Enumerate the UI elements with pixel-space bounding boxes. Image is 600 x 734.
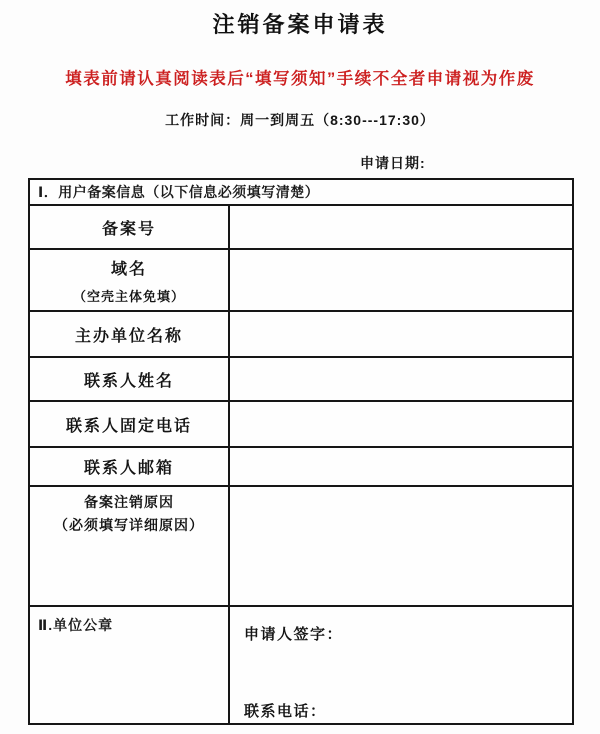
table-row: 联系人邮箱 <box>29 447 573 486</box>
contact-landline-label: 联系人固定电话 <box>29 401 229 447</box>
filing-number-input-cell[interactable] <box>229 205 573 249</box>
row-sublabel: （必须填写详细原因） <box>30 515 228 535</box>
row-label: 联系人邮箱 <box>84 460 174 477</box>
section1-header-row: Ⅰ．用户备案信息（以下信息必须填写清楚） <box>29 179 573 205</box>
row-sublabel: （空壳主体免填） <box>30 286 228 305</box>
table-row: 备案号 <box>29 205 573 249</box>
cancellation-filing-form-page: 注销备案申请表 填表前请认真阅读表后“填写须知”手续不全者申请视为作废 工作时间… <box>0 0 600 734</box>
warning-notice: 填表前请认真阅读表后“填写须知”手续不全者申请视为作废 <box>0 65 600 89</box>
contact-name-input-cell[interactable] <box>229 357 573 401</box>
contact-landline-input-cell[interactable] <box>229 401 573 447</box>
contact-email-input-cell[interactable] <box>229 447 573 486</box>
section2-row: Ⅱ.单位公章 申请人签字： 联系电话： <box>29 606 573 724</box>
signature-phone-cell[interactable]: 申请人签字： 联系电话： <box>229 606 573 724</box>
contact-name-label: 联系人姓名 <box>29 357 229 401</box>
domain-name-label: 域名 （空壳主体免填） <box>29 249 229 311</box>
organizer-name-label: 主办单位名称 <box>29 311 229 357</box>
applicant-signature-label: 申请人签字： <box>244 623 572 644</box>
table-row: 主办单位名称 <box>29 311 573 357</box>
row-label: 备案注销原因 <box>84 494 174 510</box>
cancellation-reason-input-cell[interactable] <box>229 486 573 606</box>
filing-info-table: Ⅰ．用户备案信息（以下信息必须填写清楚） 备案号 域名 （空壳主体免填） 主办单… <box>28 178 574 725</box>
contact-email-label: 联系人邮箱 <box>29 447 229 486</box>
organizer-name-input-cell[interactable] <box>229 311 573 357</box>
domain-name-input-cell[interactable] <box>229 249 573 311</box>
form-title: 注销备案申请表 <box>0 0 600 39</box>
table-row: 域名 （空壳主体免填） <box>29 249 573 311</box>
unit-seal-area[interactable]: Ⅱ.单位公章 <box>29 606 229 724</box>
table-row: 联系人固定电话 <box>29 401 573 447</box>
row-label: 域名 <box>111 261 147 278</box>
filing-number-label: 备案号 <box>29 205 229 249</box>
table-row: 备案注销原因 （必须填写详细原因） <box>29 486 573 606</box>
apply-date-label: 申请日期: <box>0 153 600 173</box>
row-label: 联系人固定电话 <box>66 418 192 435</box>
contact-phone-label: 联系电话： <box>244 700 572 721</box>
row-label: 主办单位名称 <box>75 328 183 345</box>
section1-header: Ⅰ．用户备案信息（以下信息必须填写清楚） <box>29 179 573 205</box>
work-hours-text: 工作时间：周一到周五（8:30---17:30） <box>0 110 600 130</box>
row-label: 备案号 <box>102 221 156 238</box>
cancellation-reason-label: 备案注销原因 （必须填写详细原因） <box>29 486 229 606</box>
table-row: 联系人姓名 <box>29 357 573 401</box>
row-label: 联系人姓名 <box>84 373 174 390</box>
